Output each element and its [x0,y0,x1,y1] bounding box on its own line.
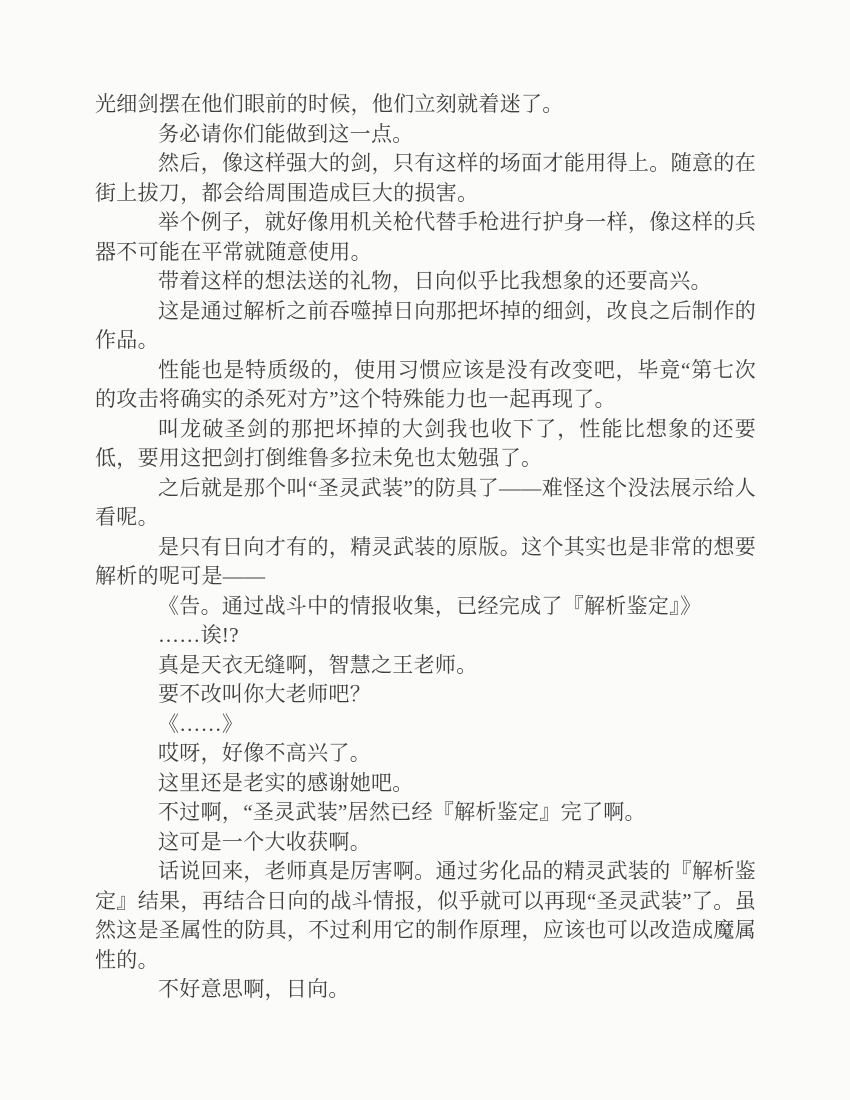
paragraph: 话说回来，老师真是厉害啊。通过劣化品的精灵武装的『解析鉴定』结果，再结合日向的战… [95,857,756,975]
paragraph: 然后，像这样强大的剑，只有这样的场面才能用得上。随意的在街上拔刀，都会给周围造成… [95,149,756,208]
paragraph: 带着这样的想法送的礼物，日向似乎比我想象的还要高兴。 [95,267,756,297]
paragraph: 这可是一个大收获啊。 [95,828,756,858]
paragraph: 务必请你们能做到这一点。 [95,120,756,150]
paragraph: 之后就是那个叫“圣灵武装”的防具了——难怪这个没法展示给人看呢。 [95,474,756,533]
paragraph: 是只有日向才有的，精灵武装的原版。这个其实也是非常的想要解析的呢可是—— [95,533,756,592]
paragraph: 不过啊，“圣灵武装”居然已经『解析鉴定』完了啊。 [95,798,756,828]
paragraph: ……诶!? [95,621,756,651]
paragraph: 《……》 [95,710,756,740]
paragraph: 这里还是老实的感谢她吧。 [95,769,756,799]
paragraph: 《告。通过战斗中的情报收集，已经完成了『解析鉴定』》 [95,592,756,622]
paragraph: 举个例子，就好像用机关枪代替手枪进行护身一样，像这样的兵器不可能在平常就随意使用… [95,208,756,267]
paragraph: 真是天衣无缝啊，智慧之王老师。 [95,651,756,681]
document-page: 光细剑摆在他们眼前的时候，他们立刻就着迷了。 务必请你们能做到这一点。 然后，像… [0,0,850,1100]
paragraph: 要不改叫你大老师吧？ [95,680,756,710]
paragraph: 这是通过解析之前吞噬掉日向那把坏掉的细剑，改良之后制作的作品。 [95,297,756,356]
paragraph: 光细剑摆在他们眼前的时候，他们立刻就着迷了。 [95,90,756,120]
paragraph: 叫龙破圣剑的那把坏掉的大剑我也收下了，性能比想象的还要低，要用这把剑打倒维鲁多拉… [95,415,756,474]
paragraph: 不好意思啊，日向。 [95,975,756,1005]
paragraph: 性能也是特质级的，使用习惯应该是没有改变吧，毕竟“第七次的攻击将确实的杀死对方”… [95,356,756,415]
paragraph: 哎呀，好像不高兴了。 [95,739,756,769]
text-content: 光细剑摆在他们眼前的时候，他们立刻就着迷了。 务必请你们能做到这一点。 然后，像… [95,90,756,1005]
